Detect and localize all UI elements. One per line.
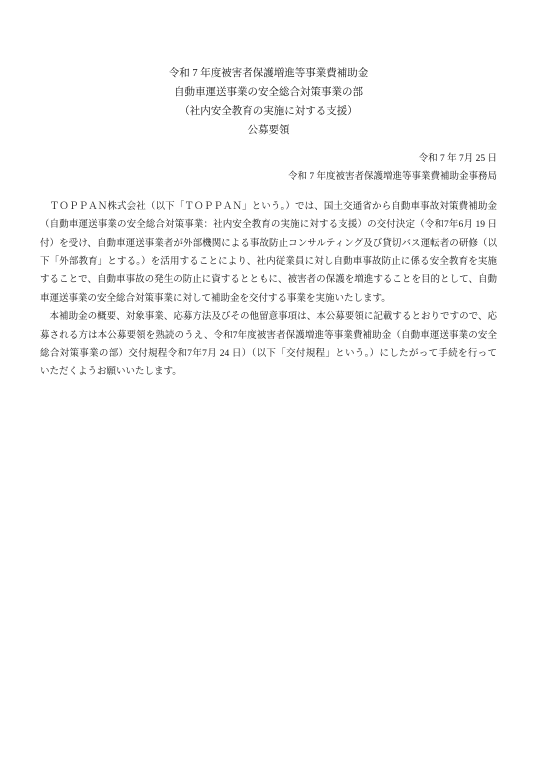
paragraph-application-notes: 本補助金の概要、対象事業、応募方法及びその他留意事項は、本公募要領に記載するとお… [40,308,497,382]
issuer-name: 令和 7 年度被害者保護増進等事業費補助金事務局 [40,168,497,186]
body-line: ＴＯＰＰＡＮ株式会社（以下「ＴＯＰＰＡＮ」という。）では、国土交通省から自動車事… [40,198,497,216]
body-text: ＴＯＰＰＡＮ株式会社（以下「ＴＯＰＰＡＮ」という。）では、国土交通省から自動車事… [40,198,497,382]
body-line: 付）を受け、自動車運送事業者が外部機関による事故防止コンサルティング及び貸切バス… [40,235,497,253]
body-line: いただくようお願いいたします。 [40,363,497,381]
issue-date: 令和 7 年 7月 25 日 [40,150,497,168]
date-block: 令和 7 年 7月 25 日 令和 7 年度被害者保護増進等事業費補助金事務局 [40,150,497,187]
body-line: 本補助金の概要、対象事業、応募方法及びその他留意事項は、本公募要領に記載するとお… [40,308,497,326]
body-line: 総合対策事業の部）交付規程令和7年7月 24 日）（以下「交付規程」という。）に… [40,345,497,363]
title-line-guidelines: 公募要領 [40,121,497,140]
document-page: 令和 7 年度被害者保護増進等事業費補助金 自動車運送事業の安全総合対策事業の部… [0,0,536,758]
title-line-subsidy-program: 令和 7 年度被害者保護増進等事業費補助金 [40,64,497,83]
title-line-program-section: 自動車運送事業の安全総合対策事業の部 [40,83,497,102]
title-line-support-scope: （社内安全教育の実施に対する支援） [40,102,497,121]
body-line: 募される方は本公募要領を熟読のうえ、令和7年度被害者保護増進等事業費補助金（自動… [40,327,497,345]
paragraph-overview: ＴＯＰＰＡＮ株式会社（以下「ＴＯＰＰＡＮ」という。）では、国土交通省から自動車事… [40,198,497,308]
body-line: （自動車運送事業の安全総合対策事業：社内安全教育の実施に対する支援）の交付決定（… [40,216,497,234]
body-line: 下「外部教育」とする。）を活用することにより、社内従業員に対し自動車事故防止に係… [40,253,497,271]
body-line: することで、自動車事故の発生の防止に資するとともに、被害者の保護を増進することを… [40,271,497,289]
document-title-block: 令和 7 年度被害者保護増進等事業費補助金 自動車運送事業の安全総合対策事業の部… [40,64,497,140]
body-line: 車運送事業の安全総合対策事業に対して補助金を交付する事業を実施いたします。 [40,290,497,308]
